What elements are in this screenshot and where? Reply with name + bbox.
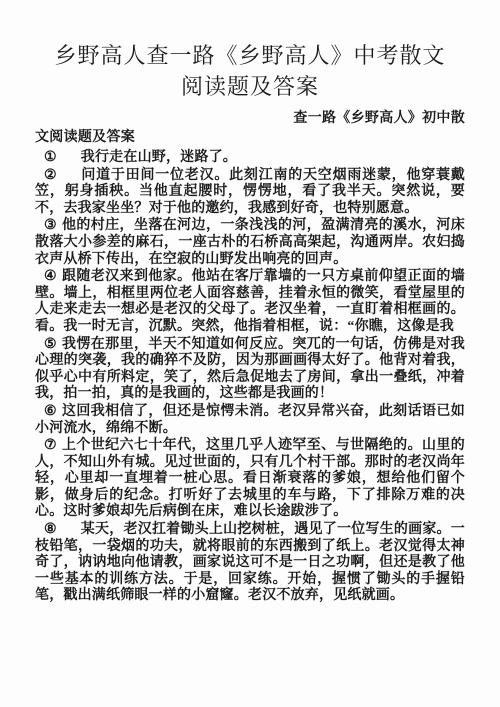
paragraph-6-text: 这回我相信了，但还是惊愕未消。老汉异常兴奋，此刻话语已如小河流水，绵绵不断。 xyxy=(35,404,465,436)
paragraph-list: ①我行走在山野，迷路了。 ②问道于田间一位老汉。此刻江南的天空烟雨迷蒙，他穿蓑戴… xyxy=(35,150,465,605)
paragraph-3: ③他的村庄，坐落在河边，一条浅浅的河，盈满清亮的溪水，河床散落大小参差的麻石，一… xyxy=(35,218,465,268)
paragraph-5-text: 我愣在那里，半天不知道如何反应。突兀的一句话，仿佛是对我心理的突袭，我的确猝不及… xyxy=(35,337,465,402)
page-title-line-1: 乡野高人查一路《乡野高人》中考散文 xyxy=(35,40,465,71)
document-content: 乡野高人查一路《乡野高人》中考散文 阅读题及答案 查一路《乡野高人》初中散 文阅… xyxy=(35,40,465,605)
paragraph-6: ⑥这回我相信了，但还是惊愕未消。老汉异常兴奋，此刻话语已如小河流水，绵绵不断。 xyxy=(35,404,465,437)
page-title-line-2: 阅读题及答案 xyxy=(35,71,465,102)
paragraph-3-text: 他的村庄，坐落在河边，一条浅浅的河，盈满清亮的溪水，河床散落大小参差的麻石，一座… xyxy=(35,218,465,266)
byline-line-2: 文阅读题及答案 xyxy=(35,128,465,147)
paragraph-6-marker: ⑥ xyxy=(44,404,57,419)
paragraph-2-marker: ② xyxy=(44,168,57,183)
paragraph-1: ①我行走在山野，迷路了。 xyxy=(35,150,465,167)
byline-line-1: 查一路《乡野高人》初中散 xyxy=(35,109,465,128)
page-title: 乡野高人查一路《乡野高人》中考散文 阅读题及答案 xyxy=(35,40,465,102)
paragraph-4-marker: ④ xyxy=(44,269,57,284)
paragraph-7-text: 上个世纪六七十年代，这里几乎人迹罕至、与世隔绝的。山里的人，不知山外有城。见过世… xyxy=(35,438,465,519)
paragraph-5: ⑤我愣在那里，半天不知道如何反应。突兀的一句话，仿佛是对我心理的突袭，我的确猝不… xyxy=(35,337,465,403)
paragraph-5-marker: ⑤ xyxy=(44,337,57,352)
paragraph-4: ④跟随老汉来到他家。他站在客厅靠墙的一只方桌前仰望正面的墙壁。墙上，相框里两位老… xyxy=(35,269,465,335)
paragraph-2: ②问道于田间一位老汉。此刻江南的天空烟雨迷蒙，他穿蓑戴笠，躬身插秧。当他直起腰时… xyxy=(35,168,465,218)
paragraph-1-marker: ① xyxy=(44,150,57,165)
paragraph-7-marker: ⑦ xyxy=(44,438,57,453)
paragraph-8-marker: ⑧ xyxy=(44,522,57,537)
paragraph-8-text: 某天，老汉扛着锄头上山挖树桩，遇见了一位写生的画家。一枝铅笔，一袋烟的功夫，就将… xyxy=(35,522,465,603)
paragraph-4-text: 跟随老汉来到他家。他站在客厅靠墙的一只方桌前仰望正面的墙壁。墙上，相框里两位老人… xyxy=(35,269,465,334)
byline: 查一路《乡野高人》初中散 文阅读题及答案 xyxy=(35,109,465,147)
paragraph-3-marker: ③ xyxy=(44,218,57,233)
paragraph-1-text: 我行走在山野，迷路了。 xyxy=(81,150,237,165)
paragraph-2-text: 问道于田间一位老汉。此刻江南的天空烟雨迷蒙，他穿蓑戴笠，躬身插秧。当他直起腰时，… xyxy=(35,168,465,216)
paragraph-7: ⑦上个世纪六七十年代，这里几乎人迹罕至、与世隔绝的。山里的人，不知山外有城。见过… xyxy=(35,438,465,521)
paragraph-8: ⑧某天，老汉扛着锄头上山挖树桩，遇见了一位写生的画家。一枝铅笔，一袋烟的功夫，就… xyxy=(35,522,465,605)
document-page: 乡野高人查一路《乡野高人》中考散文 阅读题及答案 查一路《乡野高人》初中散 文阅… xyxy=(0,0,500,707)
